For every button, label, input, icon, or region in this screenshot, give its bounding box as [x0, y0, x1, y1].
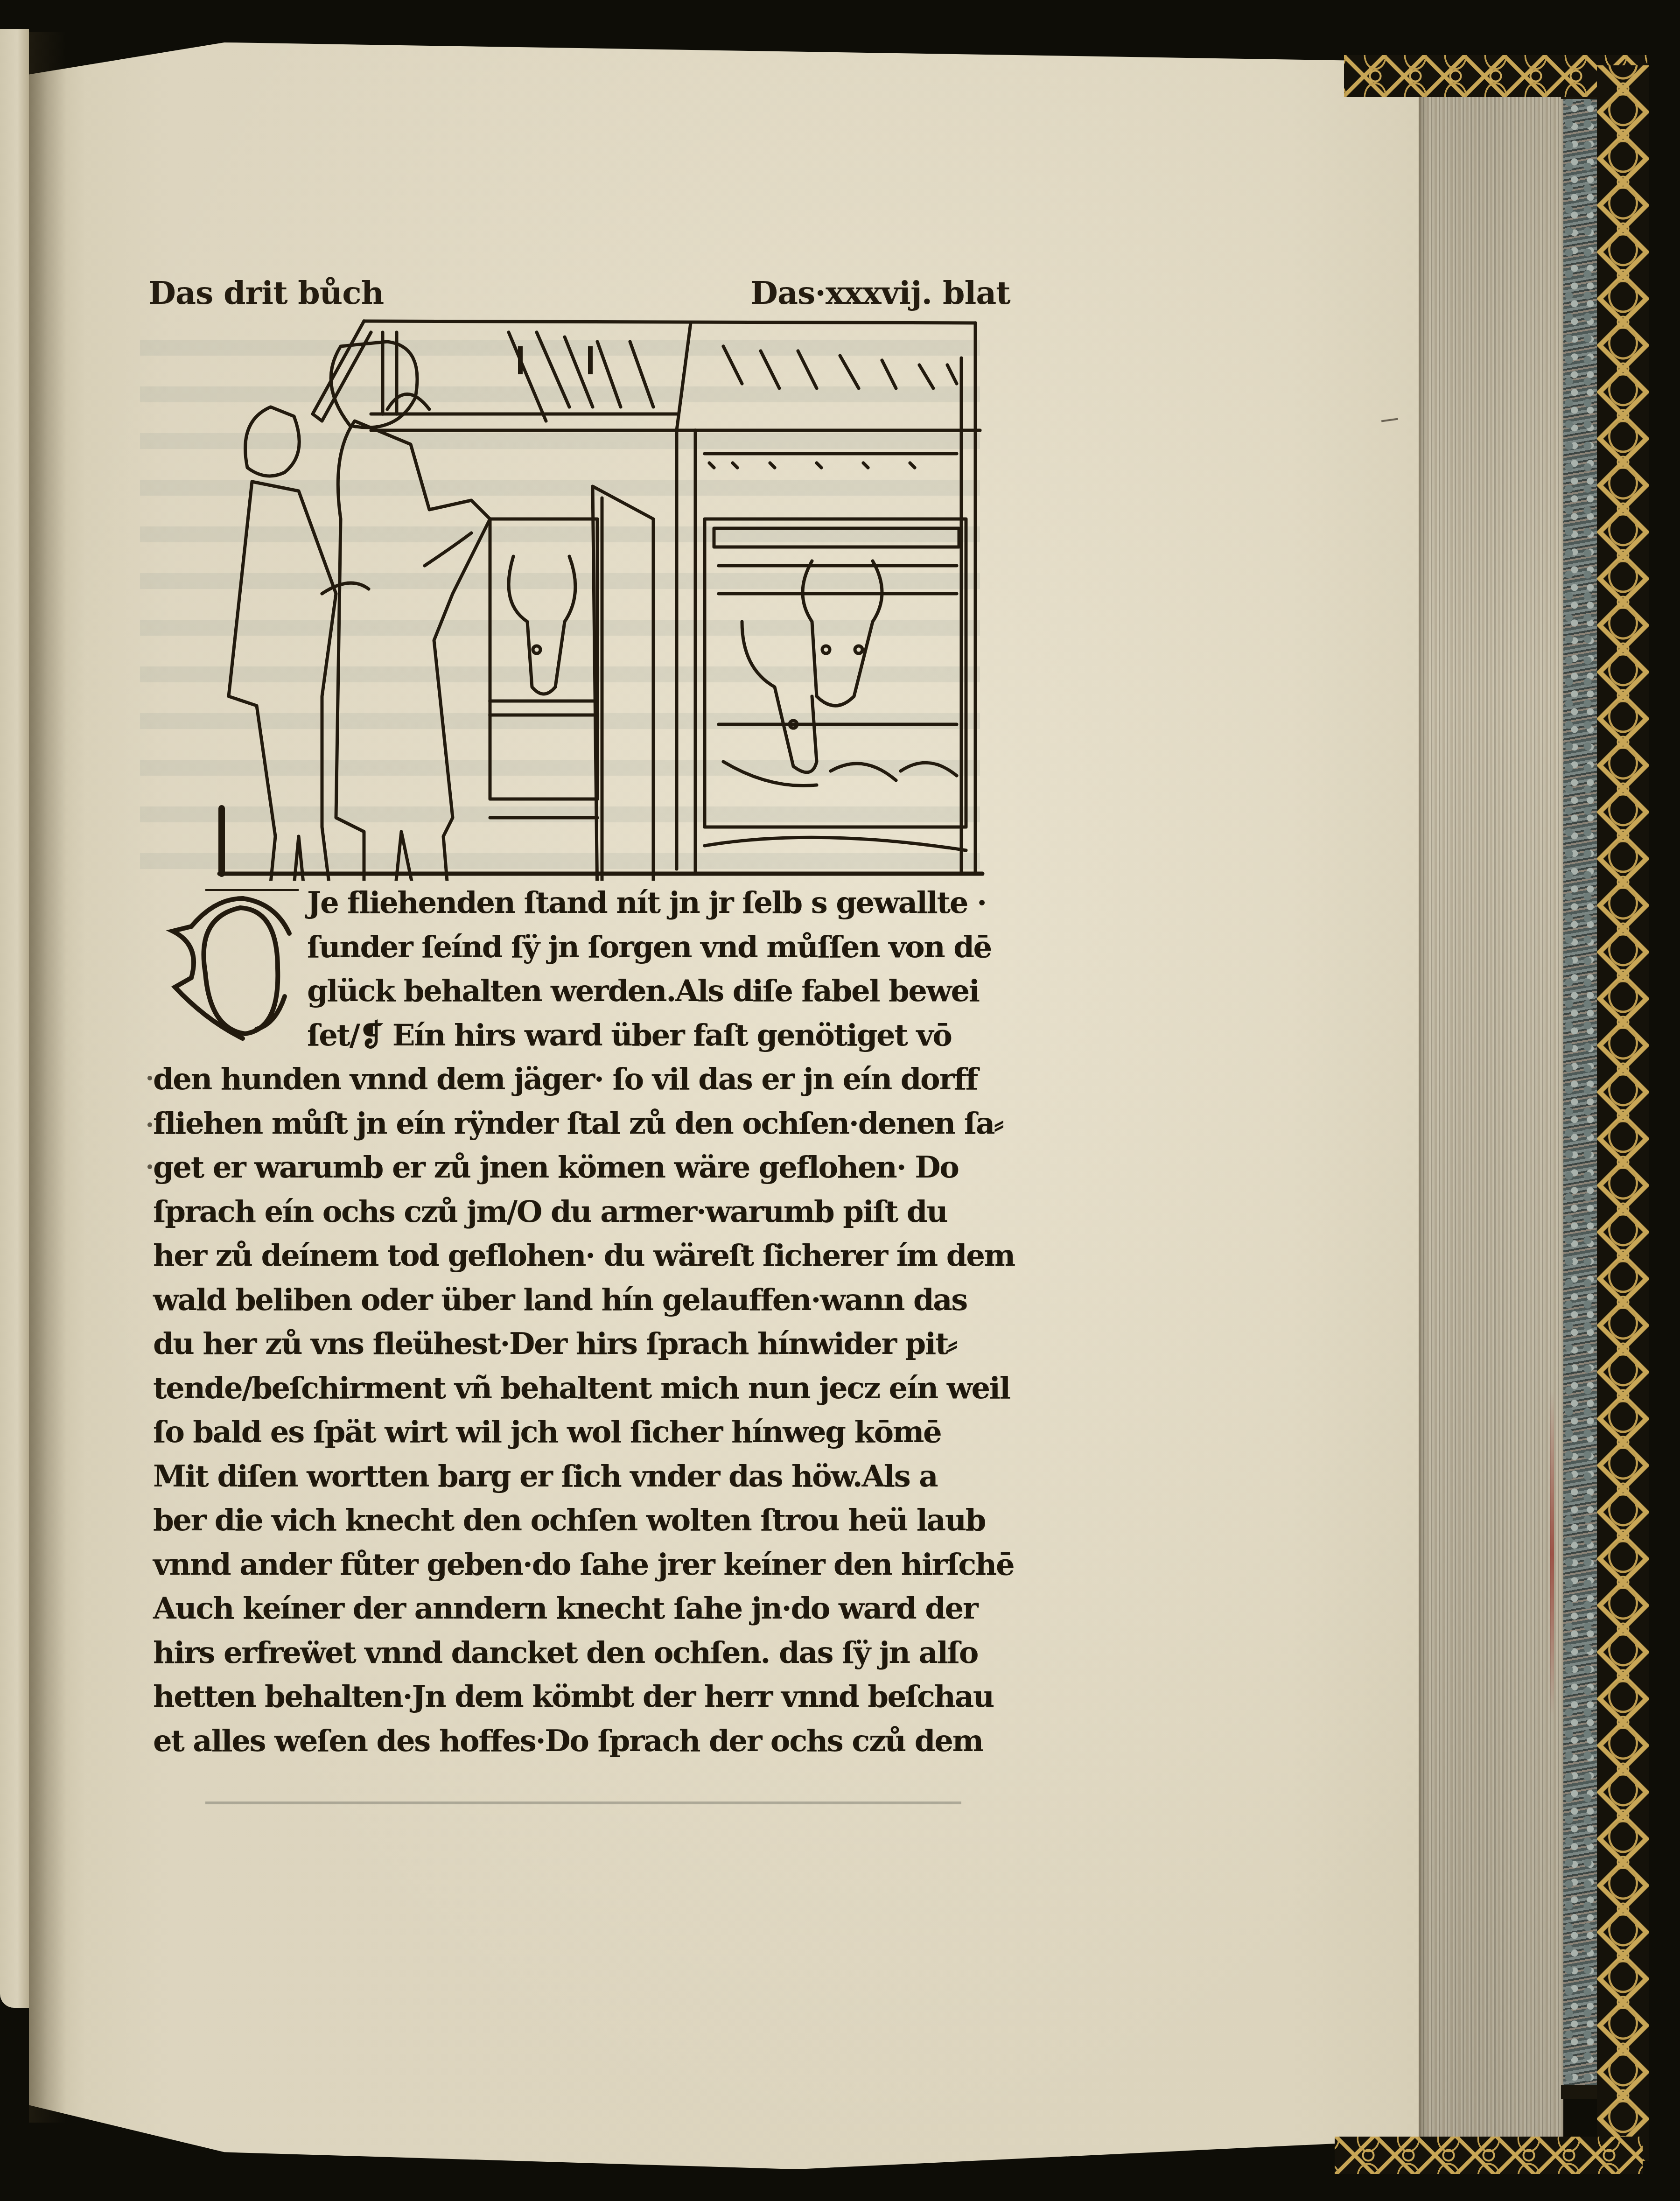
woodcut-illustration [210, 314, 989, 881]
text-line: vnnd ander fůter geben·do ſahe jrer keín… [153, 1543, 1068, 1587]
previous-page-edge [0, 29, 29, 2008]
running-head-right: Das·xxxvij. blat [750, 274, 1010, 312]
margin-mark [147, 1122, 152, 1127]
board-edge-bottom [1561, 2085, 1598, 2099]
page-fore-edge [1419, 64, 1563, 2151]
marbled-endpaper [1563, 98, 1598, 2086]
text-line: ſunder ſeínd ſÿ jn ſorgen vnd můſſen von… [153, 925, 1068, 970]
text-line: ſet/❡ Eín hirs ward über faſt genötiget … [153, 1014, 1068, 1058]
text-line: glück behalten werden.Als diſe fabel bew… [153, 969, 1068, 1014]
text-line: hirs erfreẅet vnnd dancket den ochſen. d… [153, 1631, 1068, 1675]
text-line: Mit diſen wortten barg er ſich vnder das… [153, 1455, 1068, 1499]
margin-mark [147, 1076, 152, 1080]
gutter-shadow [29, 32, 66, 2123]
text-line: Je fliehenden ſtand nít jn jr ſelb s gew… [153, 881, 1068, 925]
gilt-border-bottom [1335, 2137, 1643, 2174]
margin-mark [147, 1164, 152, 1169]
text-line: her zů deínem tod geflohen· du wäreſt ſi… [153, 1234, 1068, 1278]
marbled-endpaper-red-vein [1550, 1391, 1554, 1717]
text-line: tende/beſchirment vñ behaltent mich nun … [153, 1367, 1068, 1411]
text-line: hetten behalten·Jn dem kömbt der herr vn… [153, 1675, 1068, 1719]
text-line: wald beliben oder über land hín gelauffe… [153, 1278, 1068, 1323]
text-line: Auch keíner der anndern knecht ſahe jn·d… [153, 1587, 1068, 1631]
text-line: fliehen můſt jn eín rÿnder ſtal zů den o… [153, 1102, 1068, 1146]
text-line: ber die vich knecht den ochſen wolten ſt… [153, 1499, 1068, 1543]
running-head-left: Das drit bůch [148, 274, 384, 312]
body-text: Je fliehenden ſtand nít jn jr ſelb s gew… [153, 881, 1068, 1763]
text-line: ſo bald es ſpät wirt wil jch wol ſicher … [153, 1410, 1068, 1455]
text-line: et alles weſen des hoffes·Do ſprach der … [153, 1719, 1068, 1764]
text-line: ſprach eín ochs czů jm/O du armer·warumb… [153, 1190, 1068, 1234]
text-line: du her zů vns fleühest·Der hirs ſprach h… [153, 1322, 1068, 1367]
gilt-border-right [1597, 65, 1649, 2161]
text-line: get er warumb er zů jnen kömen wäre gefl… [153, 1146, 1068, 1190]
text-line: den hunden vnnd dem jäger· ſo vil das er… [153, 1058, 1068, 1102]
